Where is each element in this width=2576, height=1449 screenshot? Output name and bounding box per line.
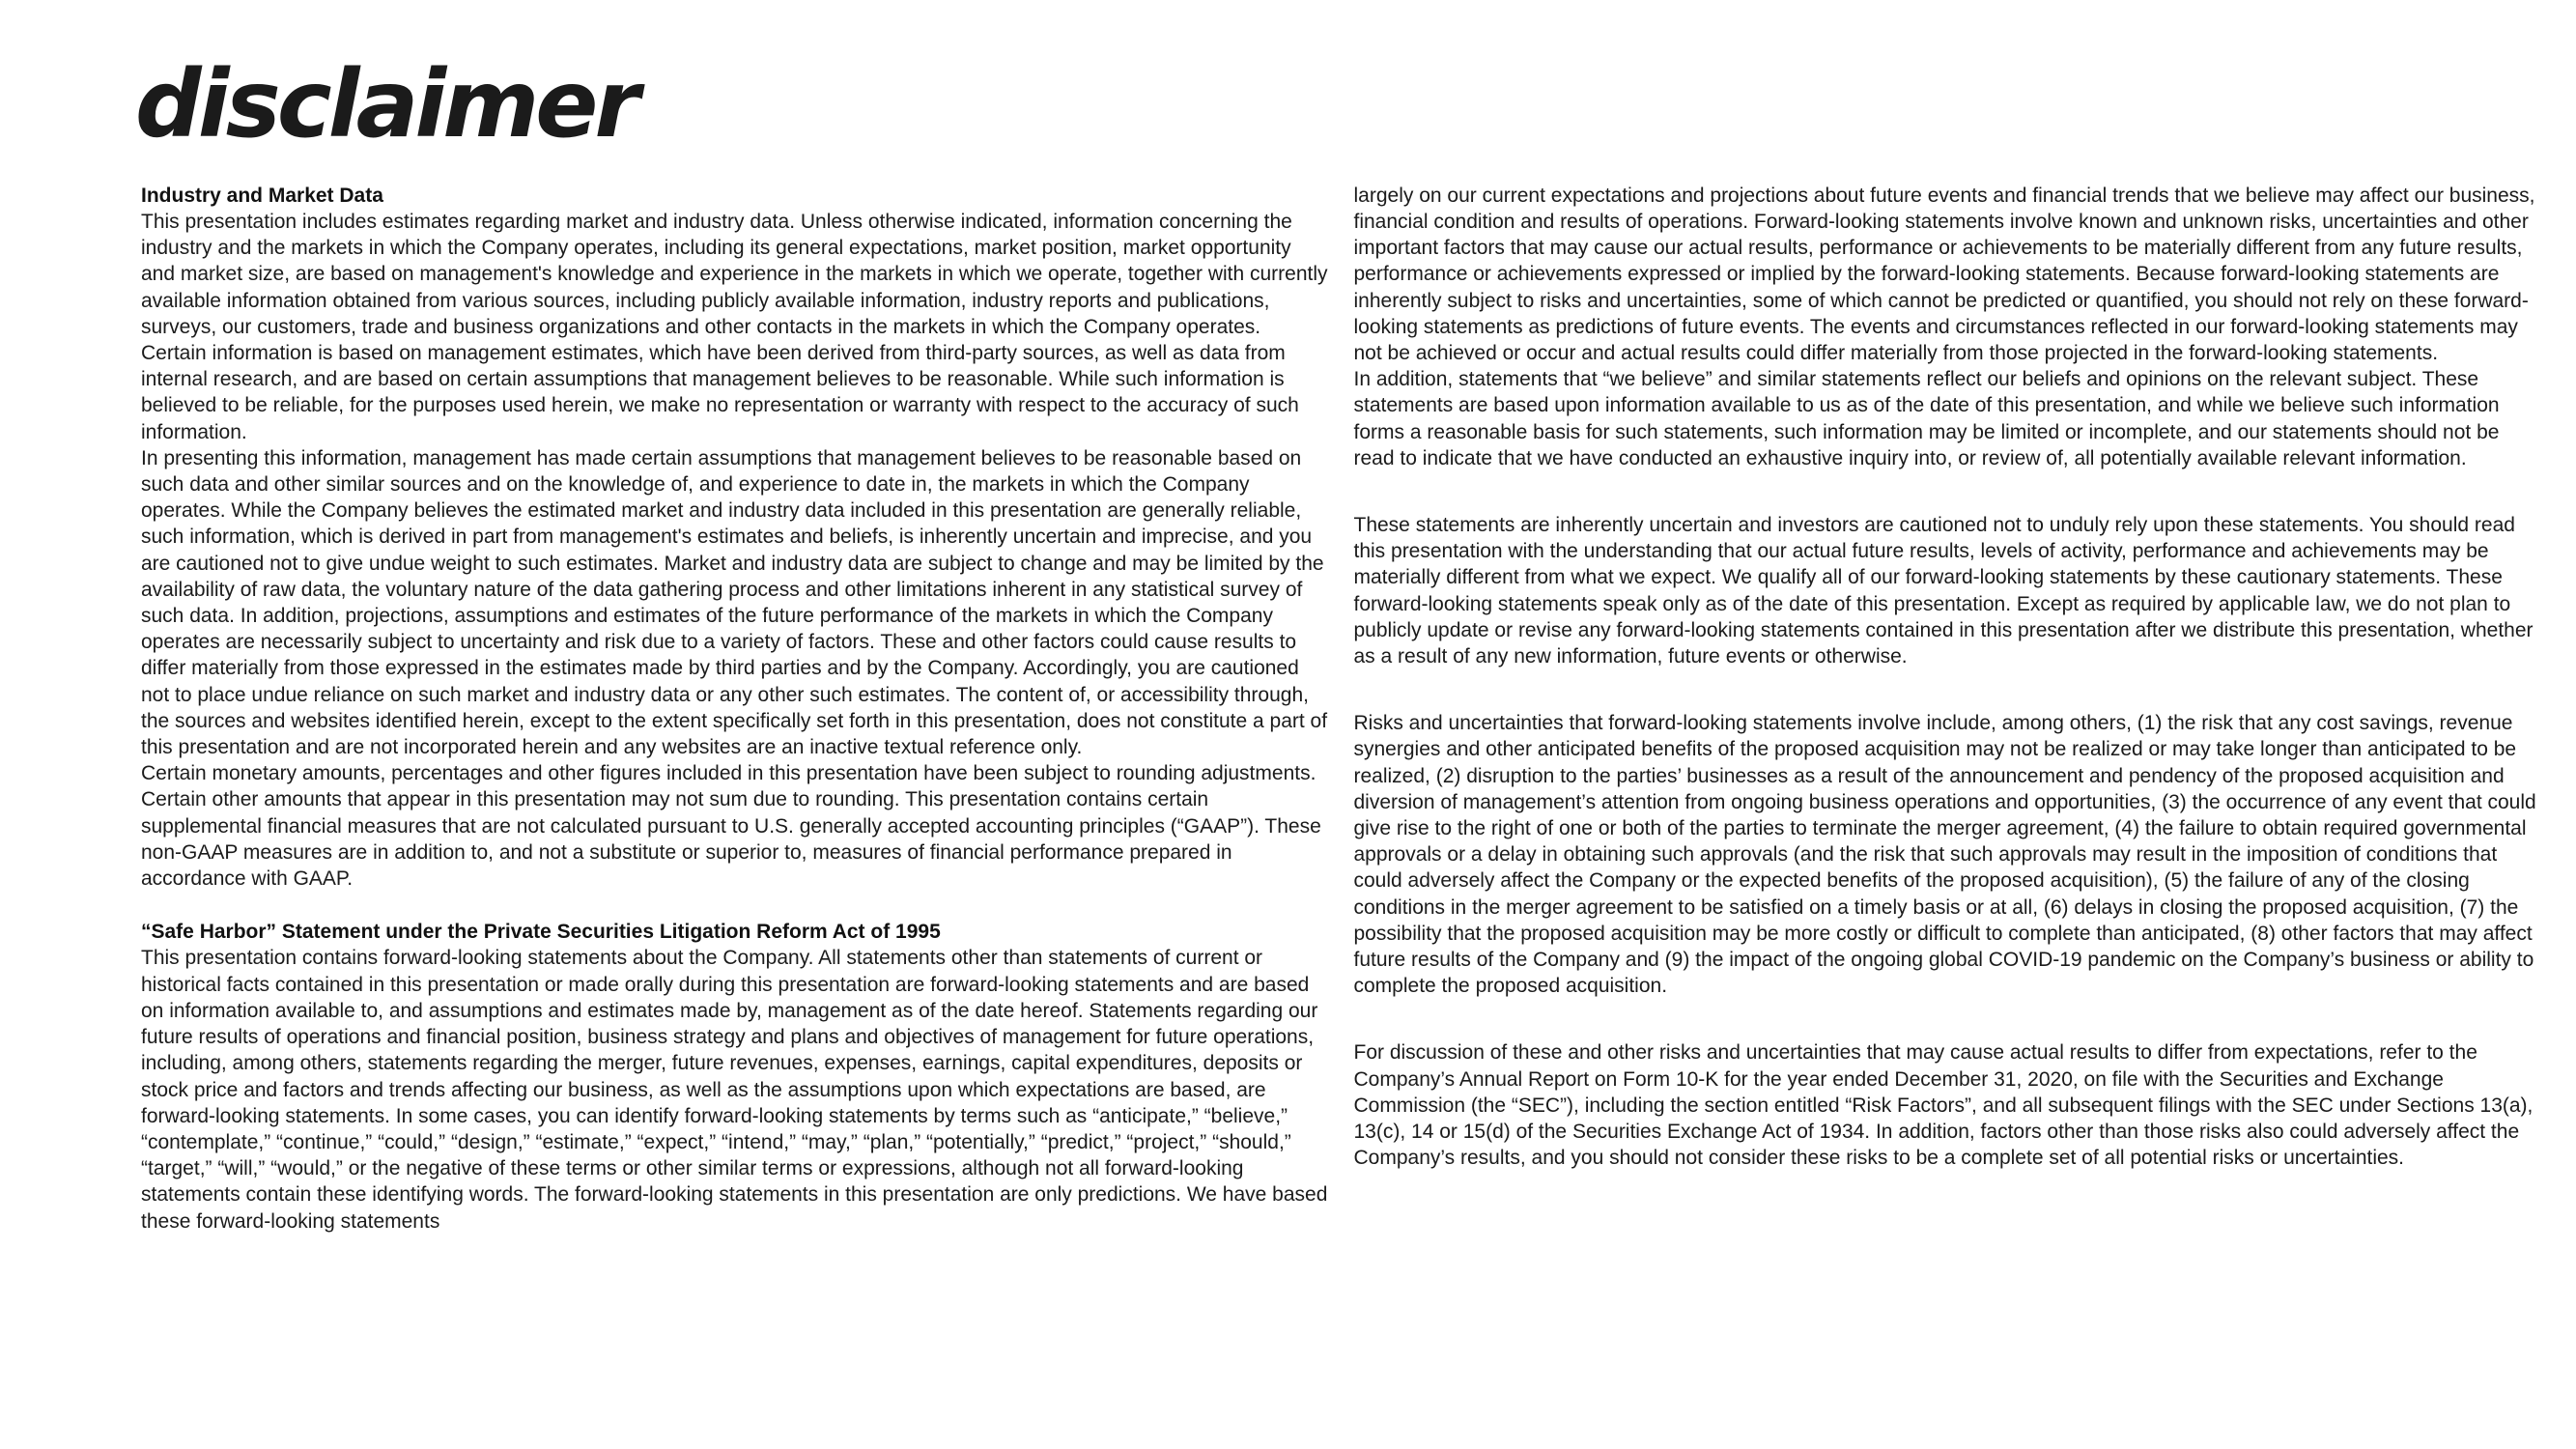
paragraph: For discussion of these and other risks …: [1354, 1039, 2542, 1171]
paragraph-group: These statements are inherently uncertai…: [1354, 512, 2542, 669]
page-title: disclaimer: [135, 56, 2541, 154]
paragraph-group: largely on our current expectations and …: [1354, 183, 2542, 471]
disclaimer-slide: disclaimer Industry and Market Data This…: [0, 0, 2576, 1449]
paragraph: This presentation contains forward-looki…: [141, 945, 1329, 1234]
paragraph: This presentation includes estimates reg…: [141, 209, 1329, 445]
right-column: largely on our current expectations and …: [1354, 183, 2542, 1172]
paragraph: These statements are inherently uncertai…: [1354, 512, 2542, 669]
section-heading-industry-and-market-data: Industry and Market Data: [141, 183, 1329, 209]
two-column-body: Industry and Market Data This presentati…: [141, 183, 2541, 1235]
paragraph-group: For discussion of these and other risks …: [1354, 1039, 2542, 1171]
section-heading-safe-harbor: “Safe Harbor” Statement under the Privat…: [141, 919, 1329, 945]
section-industry-and-market-data: Industry and Market Data This presentati…: [141, 183, 1329, 892]
paragraph: Certain monetary amounts, percentages an…: [141, 760, 1329, 892]
paragraph: In addition, statements that “we believe…: [1354, 366, 2542, 471]
paragraph: In presenting this information, manageme…: [141, 445, 1329, 760]
paragraph: Risks and uncertainties that forward-loo…: [1354, 710, 2542, 999]
left-column: Industry and Market Data This presentati…: [141, 183, 1329, 1235]
section-safe-harbor: “Safe Harbor” Statement under the Privat…: [141, 919, 1329, 1234]
paragraph: largely on our current expectations and …: [1354, 183, 2542, 366]
paragraph-group: Risks and uncertainties that forward-loo…: [1354, 710, 2542, 999]
